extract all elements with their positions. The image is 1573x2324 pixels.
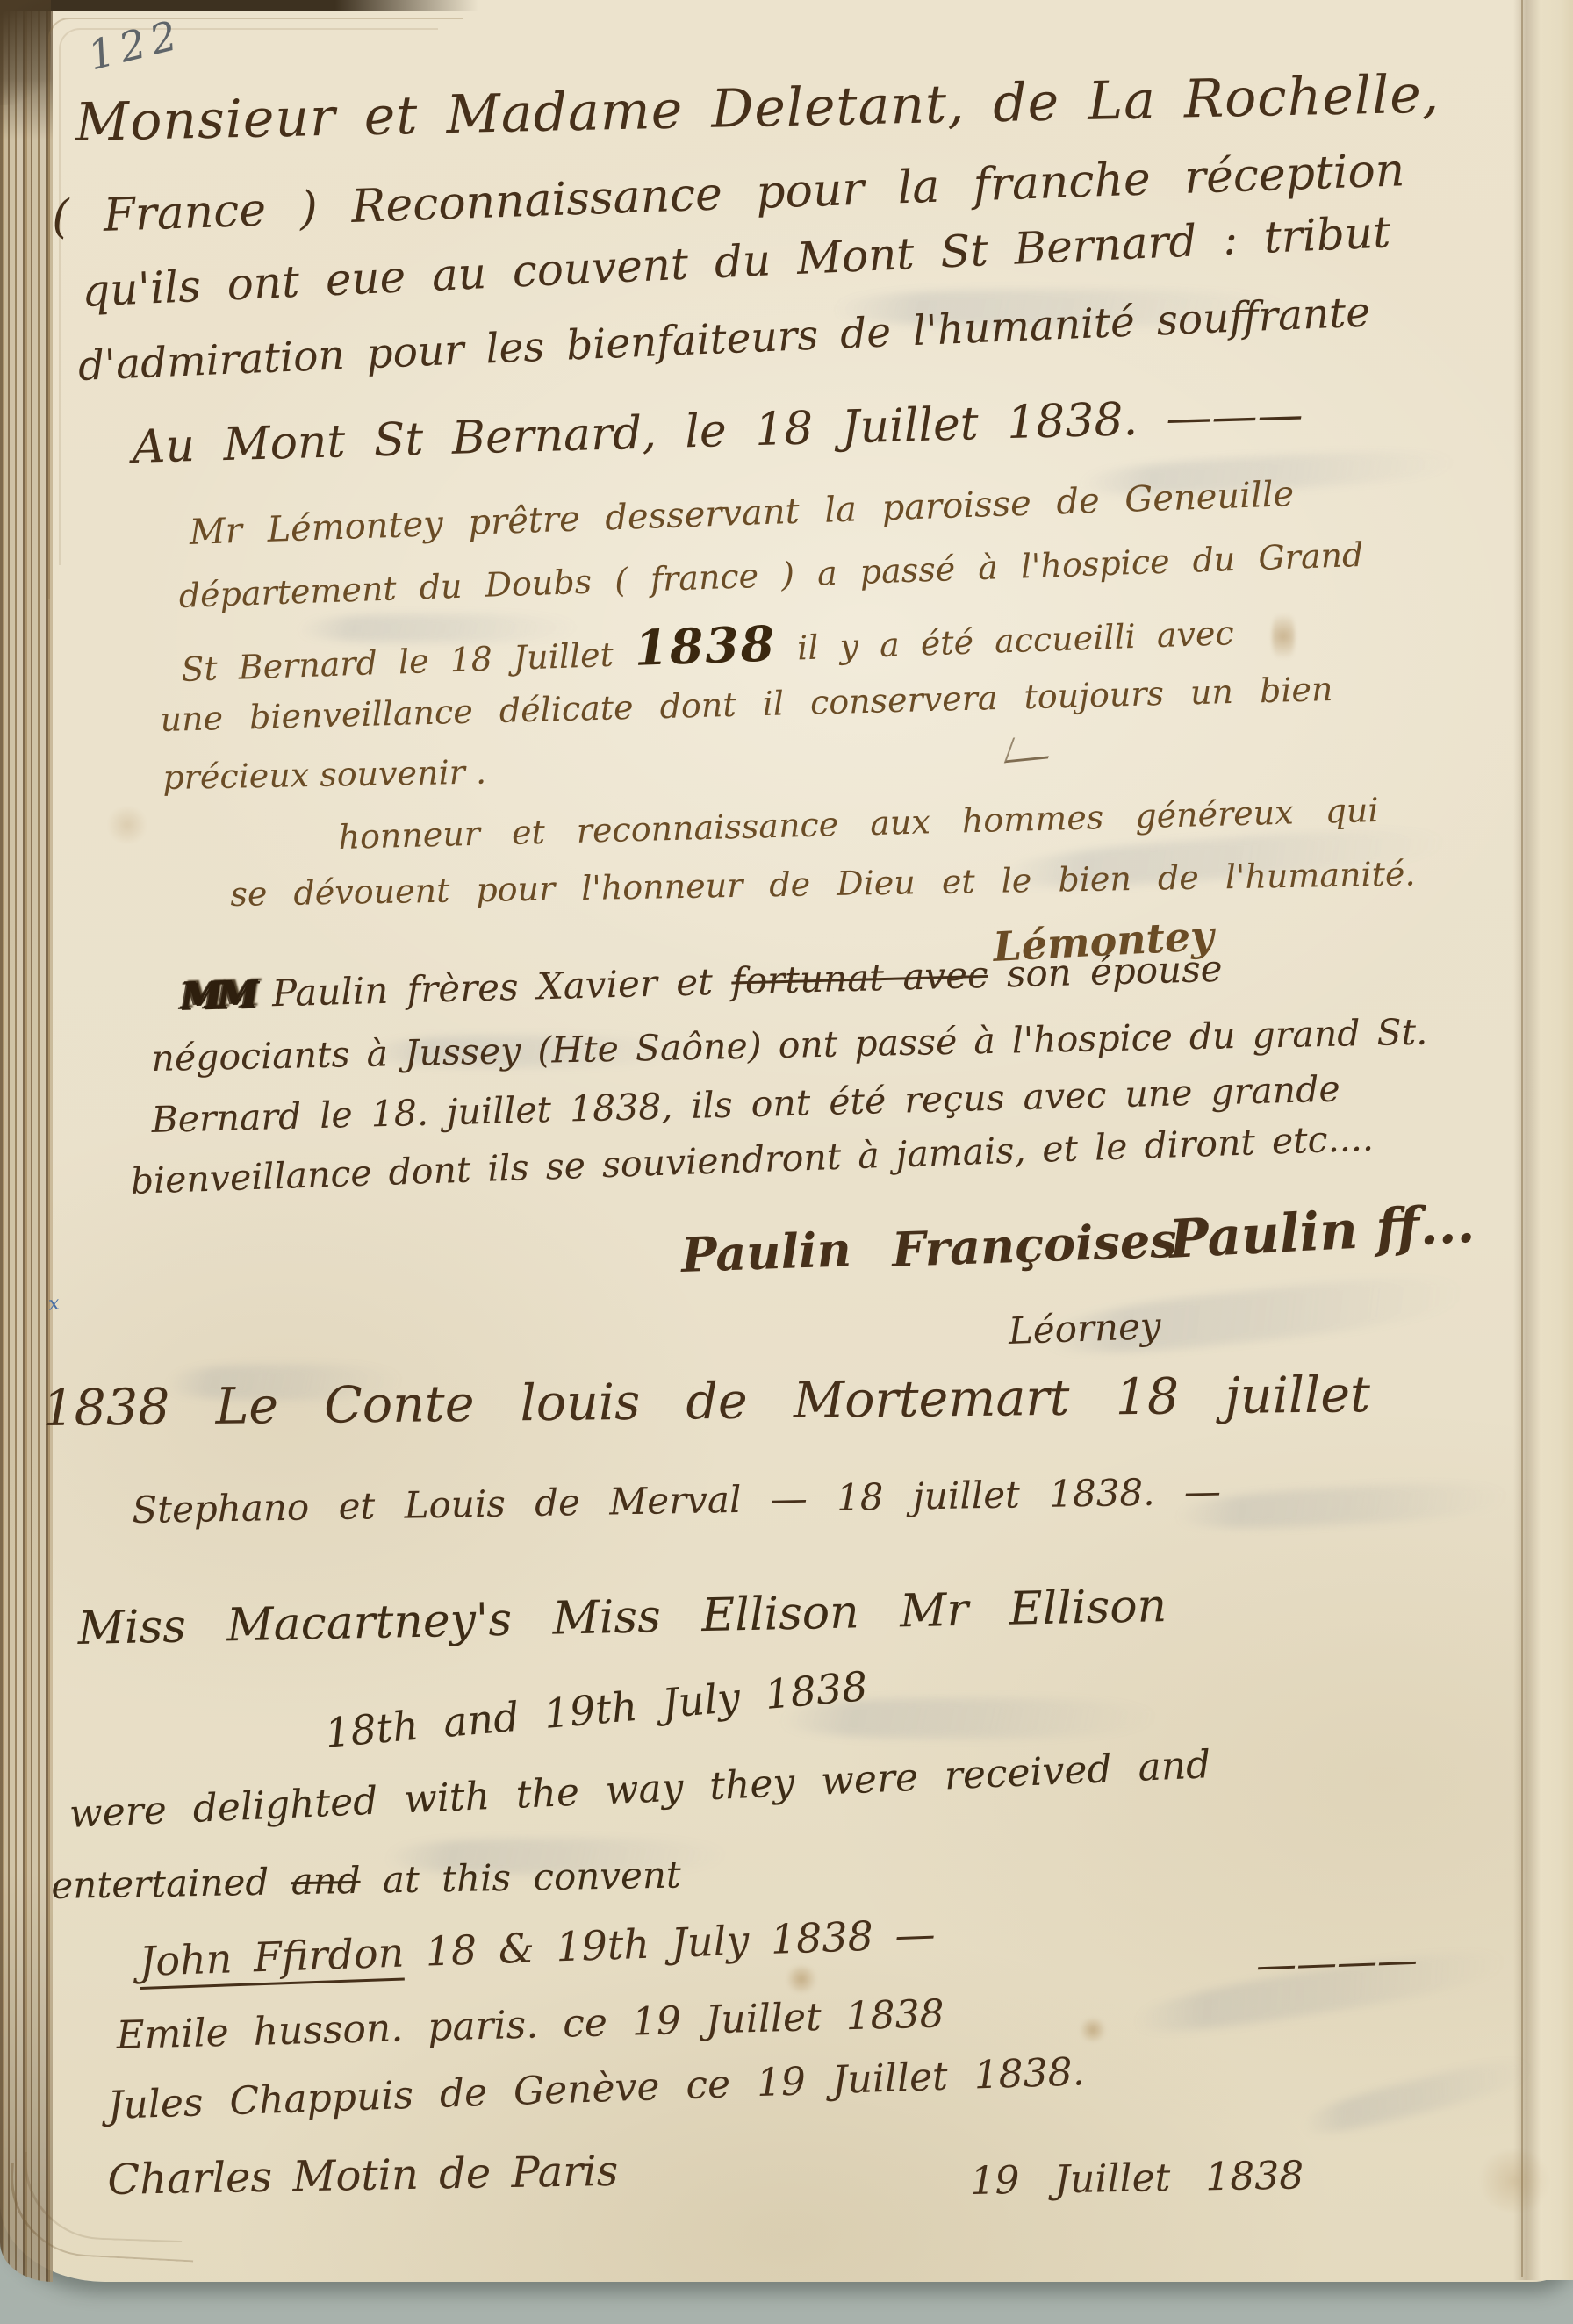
entry-ellison-line4-pre: entertained	[51, 1860, 291, 1907]
ink-stain	[1078, 2019, 1108, 2041]
signature-francoise: Françoises	[891, 1212, 1178, 1278]
entry-lemontey-year-1838: 1838	[634, 614, 778, 677]
page-top-edge-shadow	[0, 0, 478, 11]
margin-mark: x	[47, 1293, 61, 1316]
entry-paulin-scribble: MM	[180, 972, 254, 1017]
entry-ellison-struck-and: and	[291, 1859, 361, 1903]
top-left-corner-shadow	[0, 0, 51, 105]
book-binding-edge	[0, 0, 53, 2282]
paper-stain	[1475, 2150, 1554, 2212]
entry-ffirdon-flourish: ————	[1255, 1936, 1419, 1989]
entry-ellison-line4-post: at this convent	[360, 1853, 681, 1901]
entry-lemontey-line5: précieux souvenir .	[162, 753, 486, 797]
entry-paulin-struck-words: fortunat avec	[731, 953, 988, 1003]
page-right-crease-line	[1521, 0, 1523, 2277]
paper-stain	[105, 807, 149, 843]
signature-leorney: Léorney	[1008, 1304, 1161, 1352]
entry-ffirdon-name: John Ffirdon	[139, 1928, 405, 1989]
ink-stain	[784, 1966, 819, 1992]
entry-paulin-line1-end: son épouse	[988, 947, 1223, 996]
signature-paulin-1: Paulin	[680, 1221, 852, 1283]
ink-stain	[1272, 606, 1295, 667]
entry-motin-date: 19 Juillet 1838	[970, 2153, 1304, 2204]
scanned-guestbook-page: 122 x Monsieur et Madame Deletant, de La…	[0, 0, 1573, 2324]
entry-motin-name: Charles Motin de Paris	[107, 2147, 619, 2205]
